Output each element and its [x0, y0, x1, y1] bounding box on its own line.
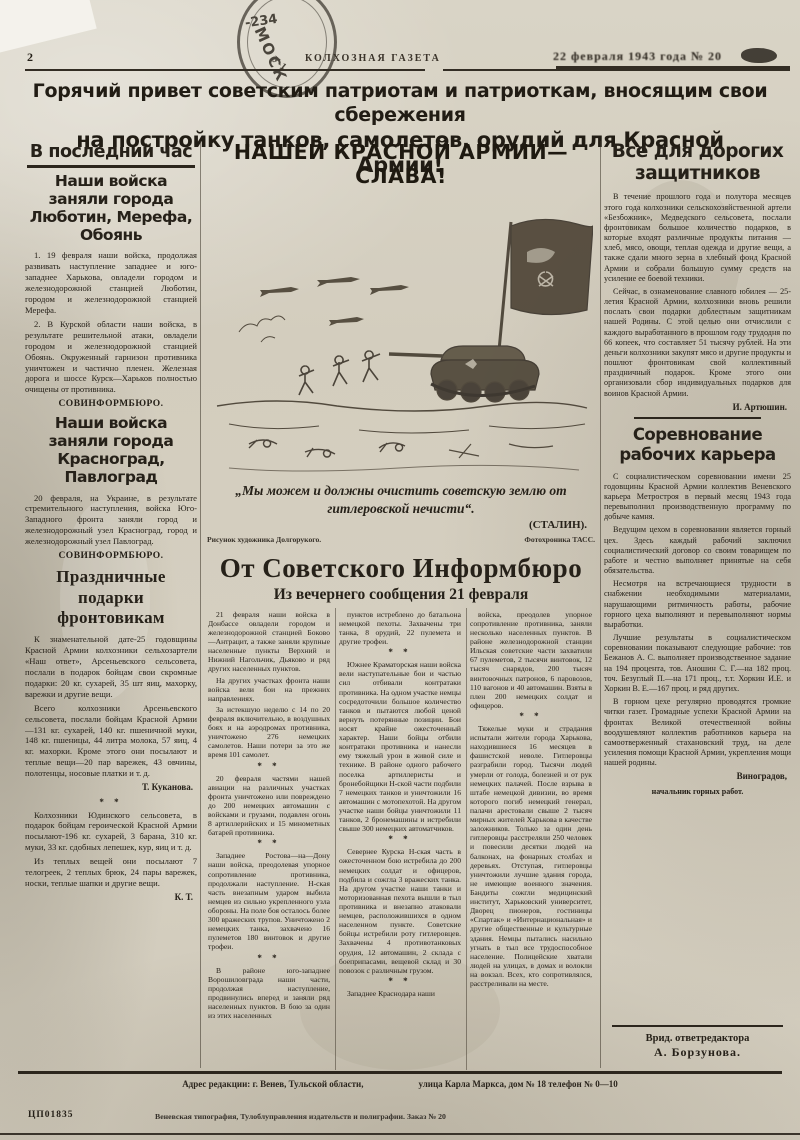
illustration-credits: Рисунок художника Долгорукого. Фотохрони… [207, 535, 595, 544]
paper-tear-top-left [0, 0, 97, 57]
footer-bottom-rule [0, 1133, 800, 1135]
paragraph: В горном цехе регулярно проводятся громк… [604, 697, 791, 768]
editor-title: Врид. ответредактора [604, 1032, 791, 1045]
paragraph: Западнее Краснодара наши [339, 989, 461, 998]
informbureau-column-1: 21 февраля наши войска в Донбассе овладе… [205, 608, 335, 1070]
paragraph: Сейчас, в ознаменование славного юбилея … [604, 287, 791, 399]
article-headline: Праздничные подарки фронтовикам [25, 567, 197, 628]
paragraph: 2. В Курской области наши войска, в резу… [25, 319, 197, 395]
paragraph: В районе юго-западнее Ворошиловграда наш… [208, 966, 330, 1021]
informbureau-columns: 21 февраля наши войска в Донбассе овладе… [205, 608, 597, 1070]
paragraph: Западнее Ростова—на—Дону наши войска, пр… [208, 851, 330, 951]
column-rule [600, 141, 601, 1068]
paragraph: 20 февраля, на Украине, в результате стр… [25, 493, 197, 548]
star-separator: * * [208, 762, 330, 771]
paragraph: Севернее Курска Н-ская часть в ожесточен… [339, 847, 461, 975]
paragraph: За истекшую неделю с 14 по 20 февраля вк… [208, 705, 330, 760]
paragraph: С социалистическом соревновании имени 25… [604, 472, 791, 523]
ink-smudge [741, 48, 777, 63]
imprint-line: Веневская типография, Тулоблуправления и… [155, 1112, 446, 1121]
artist-credit: Рисунок художника Долгорукого. [207, 535, 321, 544]
article-headline: Все для дорогих защитников [604, 141, 791, 185]
paragraph: На других участках фронта наши войска ве… [208, 676, 330, 703]
soldiers-icon [299, 351, 380, 395]
column-rule [200, 141, 201, 1068]
star-separator: * * [208, 839, 330, 848]
author-signature: К. Т. [29, 892, 193, 903]
newspaper-page: -234 МОСК У-1 2 КОЛХОЗНАЯ ГАЗЕТА 22 февр… [0, 0, 800, 1140]
paragraph: Тяжелые муки и страдания испытали жители… [470, 724, 592, 988]
left-column: В последний час Наши войска заняли город… [25, 141, 197, 1068]
center-block: НАШЕЙ КРАСНОЙ АРМИИ—СЛАВА! [205, 140, 597, 1070]
issue-date: 22 февраля 1943 года № 20 [553, 49, 722, 64]
paragraph: Ведущим цехом в соревновании является го… [604, 525, 791, 576]
tank-icon [389, 346, 539, 402]
masthead-rule [443, 69, 558, 71]
page-number: 2 [27, 50, 33, 65]
sovinformburo-signature: СОВИНФОРМБЮРО. [25, 550, 197, 562]
editor-block: Врид. ответредактора А. Борзунова. [604, 1025, 791, 1060]
fallen-soldiers-icon [249, 440, 405, 457]
author-signature: Виноградов, [608, 771, 787, 782]
masthead-rule [25, 69, 425, 71]
footer-rule [18, 1071, 782, 1074]
paragraph: В течение прошлого года и полутора месяц… [604, 192, 791, 284]
planes-icon [260, 277, 409, 326]
paragraph: войска, преодолев упорное сопротивление … [470, 610, 592, 710]
star-separator: * * [25, 798, 197, 807]
stalin-quote: „Мы можем и должны очистить советскую зе… [211, 482, 591, 518]
paragraph: Колхозники Юдинского сельсовета, в подар… [25, 810, 197, 854]
article-headline: Соревнование рабочих карьера [604, 425, 791, 465]
star-separator: * * [208, 954, 330, 963]
paragraph: Из теплых вещей они посылают 7 телогреек… [25, 856, 197, 889]
paragraph: Южнее Краматорская наши войска вели наст… [339, 660, 461, 833]
paragraph: Всего колхозники Арсеньевского сельсовет… [25, 703, 197, 779]
article-headline: Наши войска заняли города Красноград, Па… [25, 415, 197, 486]
paragraph: 1. 19 февраля наши войска, продолжая раз… [25, 250, 197, 315]
address-left: Адрес редакции: г. Венев, Тульской облас… [182, 1079, 363, 1089]
section-title-last-hour: В последний час [25, 141, 197, 163]
star-separator: * * [339, 648, 461, 657]
informbureau-subtitle: Из вечернего сообщения 21 февраля [205, 586, 597, 604]
article-headline: Наши войска заняли города Люботин, Мереф… [25, 173, 197, 244]
editor-rule [612, 1025, 783, 1027]
star-separator: * * [470, 712, 592, 721]
paragraph: Лучшие результаты в социалистическом сор… [604, 633, 791, 694]
star-separator: * * [339, 835, 461, 844]
address-right: улица Карла Маркса, дом № 18 телефон № 0… [418, 1079, 617, 1089]
author-role: начальник горных работ. [604, 787, 791, 797]
author-signature: Т. Куканова. [29, 782, 193, 793]
heading-rule [27, 165, 195, 168]
star-separator: * * [339, 977, 461, 986]
sovinformburo-signature: СОВИНФОРМБЮРО. [25, 398, 197, 410]
masthead-rule [556, 66, 790, 71]
paragraph: пунктов истреблено до батальона немецкой… [339, 610, 461, 646]
informbureau-column-2: пунктов истреблено до батальона немецкой… [335, 608, 466, 1070]
paragraph: 21 февраля наши войска в Донбассе овладе… [208, 610, 330, 674]
photo-credit: Фотохроника ТАСС. [524, 535, 595, 544]
print-code: ЦП01835 [28, 1110, 74, 1120]
paragraph: Несмотря на встречающиеся трудности в сн… [604, 579, 791, 630]
right-column: Все для дорогих защитников В течение про… [604, 141, 791, 1068]
paragraph: К знаменательной дате-25 годовщины Красн… [25, 634, 197, 699]
quote-attribution: (СТАЛИН). [215, 519, 587, 531]
informbureau-title: От Советского Информбюро [205, 554, 597, 582]
paragraph: 20 февраля частями нашей авиации на разл… [208, 774, 330, 838]
slava-headline: НАШЕЙ КРАСНОЙ АРМИИ—СЛАВА! [205, 140, 597, 188]
footer-address: Адрес редакции: г. Венев, Тульской облас… [0, 1079, 800, 1089]
author-signature: И. Артюшин. [608, 402, 787, 413]
editor-name: А. Борзунова. [604, 1045, 791, 1060]
banner-line1: Горячий привет советским патриотам и пат… [30, 80, 770, 128]
article-divider-rule [634, 417, 761, 419]
informbureau-column-3: войска, преодолев упорное сопротивление … [466, 608, 597, 1070]
battle-illustration [209, 192, 593, 478]
running-title: КОЛХОЗНАЯ ГАЗЕТА [305, 53, 441, 64]
